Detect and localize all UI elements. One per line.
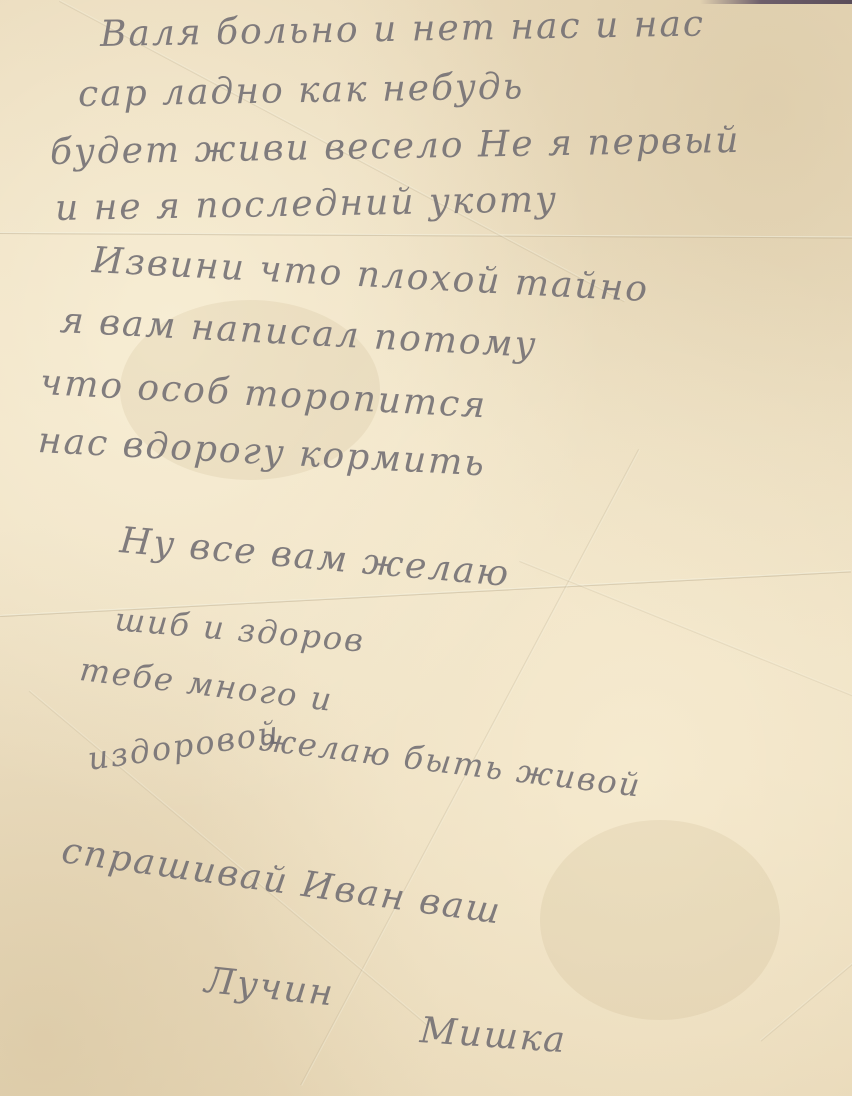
letter-line-4: и не я последний укоту xyxy=(55,179,559,229)
letter-line-13: издоровой xyxy=(85,713,282,778)
paper-stain xyxy=(540,820,780,1020)
letter-line-3: будет живи весело Не я первый xyxy=(50,120,741,173)
fold-crease xyxy=(760,963,852,1042)
letter-page: Валя больно и нет нас и нас сар ладно ка… xyxy=(0,0,852,1096)
scan-edge xyxy=(700,0,852,4)
signature-line-2: Мишка xyxy=(419,1010,569,1061)
letter-line-10: шиб и здоров xyxy=(113,600,366,660)
letter-line-12: желаю быть живой xyxy=(258,720,644,805)
letter-line-1: Валя больно и нет нас и нас xyxy=(100,3,706,55)
letter-line-14: спрашивай Иван ваш xyxy=(59,830,504,932)
fold-crease xyxy=(519,560,852,719)
letter-line-11: тебе много и xyxy=(78,650,336,719)
letter-line-2: сар ладно как небудь xyxy=(78,66,525,115)
letter-line-9: Ну все вам желаю xyxy=(118,520,512,595)
letter-line-5: Извини что плохой тайно xyxy=(91,240,650,310)
signature-line-1: Лучин xyxy=(203,960,337,1014)
fold-crease xyxy=(0,232,852,238)
